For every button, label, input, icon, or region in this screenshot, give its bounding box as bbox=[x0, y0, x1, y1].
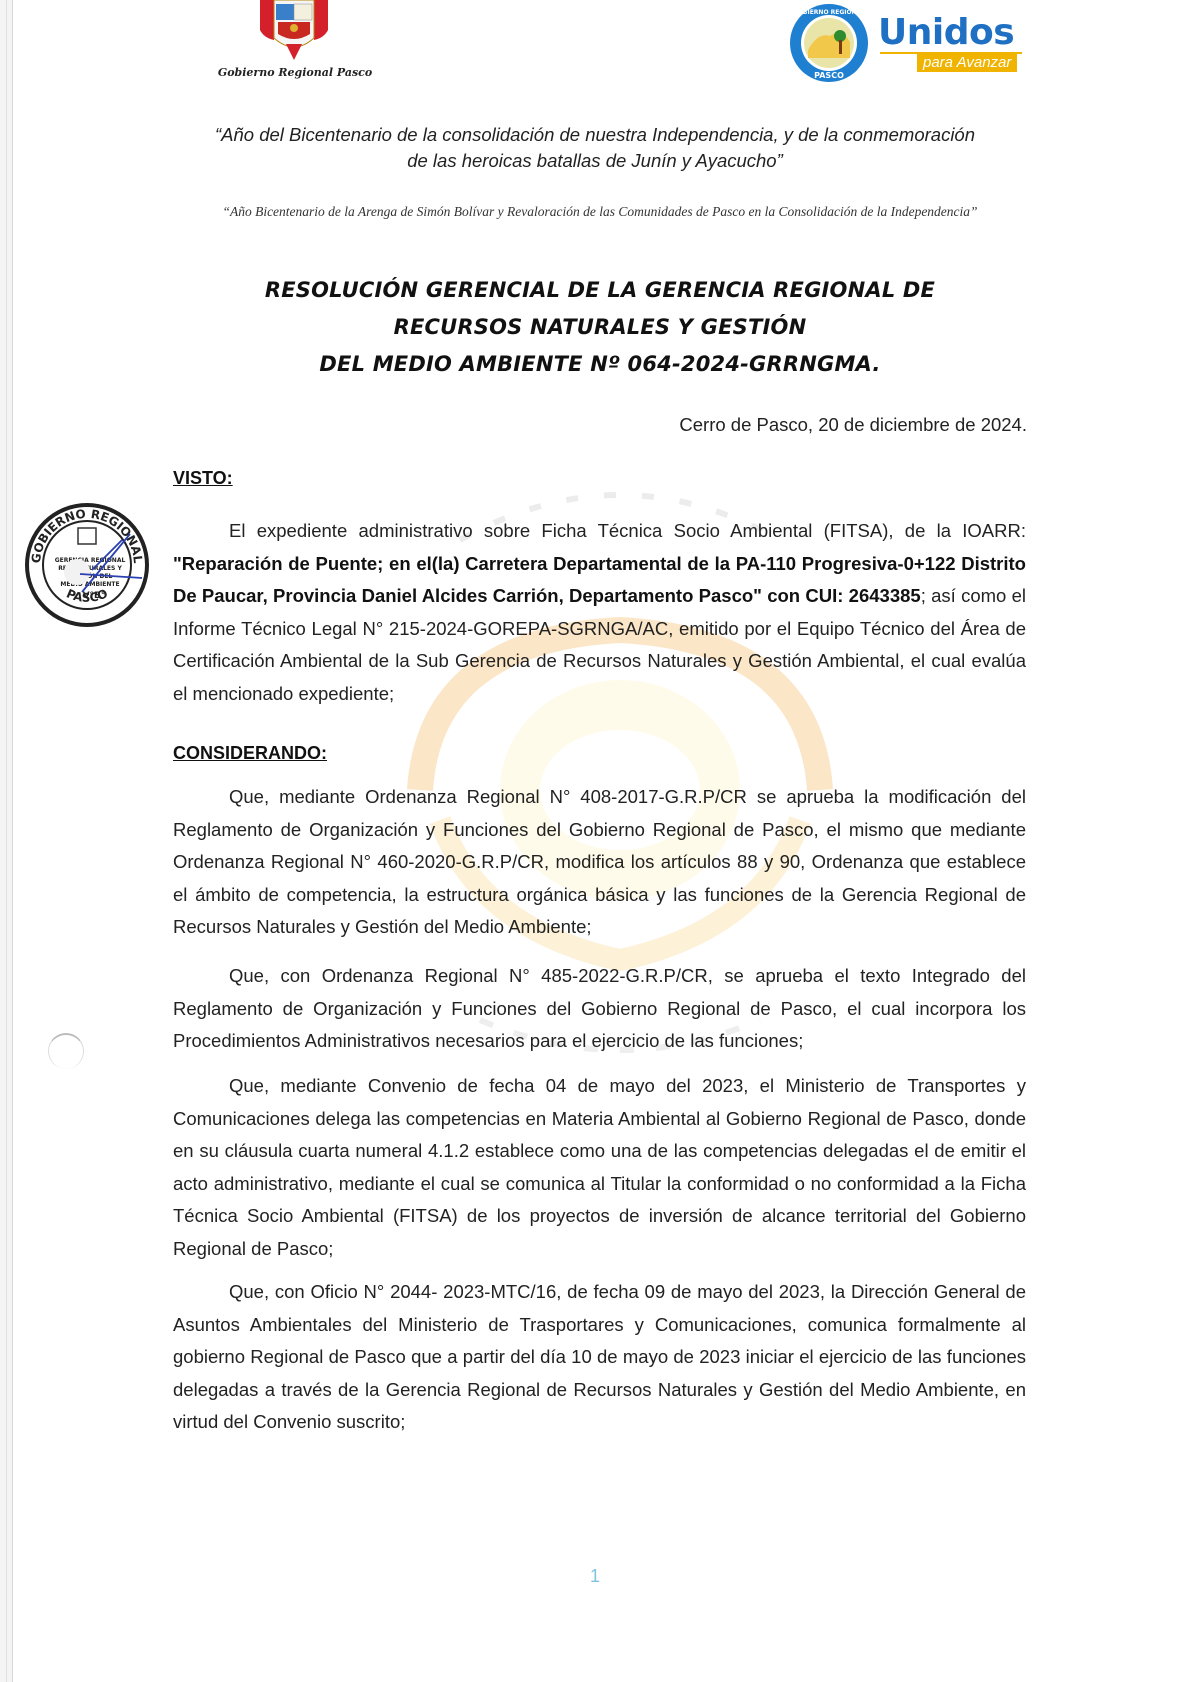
gobierno-regional-pasco-seal-icon: GOBIERNO REGIONAL PASCO bbox=[788, 2, 870, 84]
svg-text:GERENCIA REGIONAL: GERENCIA REGIONAL bbox=[55, 557, 126, 564]
slogan-unidos: Unidos bbox=[878, 12, 1014, 53]
document-date: Cerro de Pasco, 20 de diciembre de 2024. bbox=[679, 414, 1027, 436]
considerando-paragraph-4: Que, con Oficio N° 2044- 2023-MTC/16, de… bbox=[173, 1276, 1026, 1439]
svg-text:V°B°: V°B° bbox=[83, 591, 106, 601]
visto-paragraph: El expediente administrativo sobre Ficha… bbox=[173, 515, 1026, 710]
visto-heading: VISTO: bbox=[173, 468, 233, 489]
official-stamp-icon: GOBIERNO REGIONAL PASCO GERENCIA REGIONA… bbox=[22, 500, 152, 630]
scan-left-edge-line bbox=[6, 0, 7, 1682]
regional-year-motto: “Año Bicentenario de la Arenga de Simón … bbox=[190, 203, 1010, 220]
considerando-heading: CONSIDERANDO: bbox=[173, 743, 327, 764]
svg-text:GOBIERNO REGIONAL: GOBIERNO REGIONAL bbox=[793, 9, 865, 16]
considerando-paragraph-2: Que, con Ordenanza Regional N° 485-2022-… bbox=[173, 960, 1026, 1058]
slogan-para-avanzar: para Avanzar bbox=[917, 54, 1017, 72]
page-number: 1 bbox=[0, 1566, 1190, 1587]
considerando-paragraph-1: Que, mediante Ordenanza Regional N° 408-… bbox=[173, 781, 1026, 944]
left-logo-caption: Gobierno Regional Pasco bbox=[210, 66, 380, 79]
national-year-motto: “Año del Bicentenario de la consolidació… bbox=[170, 122, 1020, 174]
punch-hole-mark bbox=[48, 1033, 84, 1069]
peru-coat-of-arms-icon bbox=[252, 0, 336, 66]
considerando-paragraph-3: Que, mediante Convenio de fecha 04 de ma… bbox=[173, 1070, 1026, 1265]
svg-text:PASCO: PASCO bbox=[814, 71, 844, 80]
resolution-title: RESOLUCIÓN GERENCIAL DE LA GERENCIA REGI… bbox=[200, 272, 1000, 383]
